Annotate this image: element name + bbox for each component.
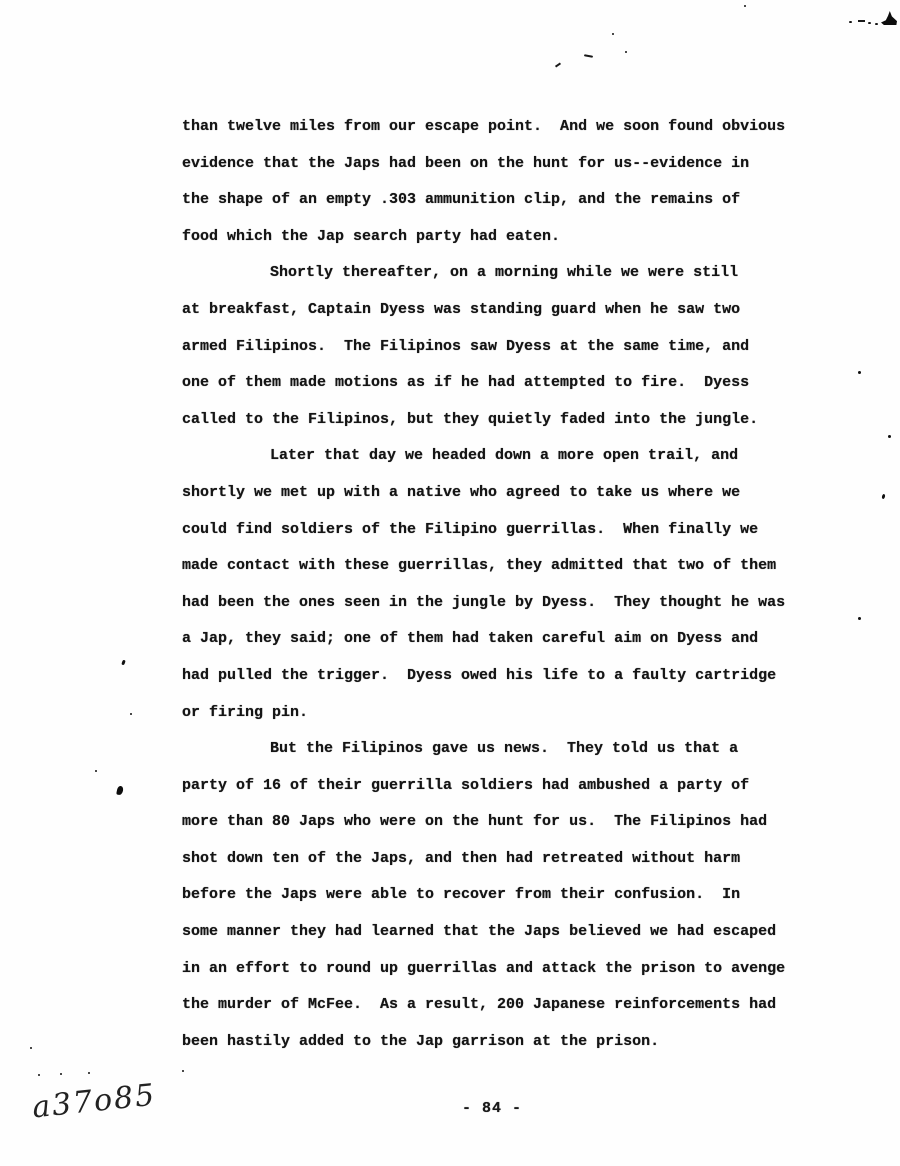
scan-speck: [38, 1074, 40, 1076]
scan-speck: [744, 5, 746, 7]
text-line: one of them made motions as if he had at…: [182, 365, 842, 402]
handwritten-archive-number: a37o85: [31, 1078, 158, 1126]
scan-blob: [881, 11, 897, 25]
scan-speck: [625, 51, 627, 53]
scan-speck: [88, 1072, 90, 1074]
text-line: the shape of an empty .303 ammunition cl…: [182, 182, 842, 219]
scanned-document-page: than twelve miles from our escape point.…: [0, 0, 900, 1166]
text-line: armed Filipinos. The Filipinos saw Dyess…: [182, 329, 842, 366]
text-line: had been the ones seen in the jungle by …: [182, 585, 842, 622]
text-line: But the Filipinos gave us news. They tol…: [182, 731, 842, 768]
scan-speck: [60, 1073, 62, 1075]
text-line: Shortly thereafter, on a morning while w…: [182, 255, 842, 292]
scan-speck: [888, 435, 891, 438]
scan-speck: [555, 62, 561, 67]
scan-speck: [116, 785, 124, 795]
text-line: party of 16 of their guerrilla soldiers …: [182, 768, 842, 805]
text-line: a Jap, they said; one of them had taken …: [182, 621, 842, 658]
scan-speck: [858, 20, 865, 22]
text-line: evidence that the Japs had been on the h…: [182, 146, 842, 183]
text-line: shortly we met up with a native who agre…: [182, 475, 842, 512]
scan-speck: [858, 371, 861, 374]
scan-speck: [121, 660, 126, 666]
scan-speck: [858, 617, 861, 620]
text-line: could find soldiers of the Filipino guer…: [182, 512, 842, 549]
scan-speck: [95, 770, 97, 772]
text-line: at breakfast, Captain Dyess was standing…: [182, 292, 842, 329]
scan-speck: [868, 22, 871, 24]
text-line: in an effort to round up guerrillas and …: [182, 951, 842, 988]
scan-speck: [584, 54, 593, 58]
scan-speck: [875, 23, 878, 25]
document-body: than twelve miles from our escape point.…: [182, 109, 842, 1060]
text-line: made contact with these guerrillas, they…: [182, 548, 842, 585]
scan-speck: [30, 1047, 32, 1049]
text-line: food which the Jap search party had eate…: [182, 219, 842, 256]
text-line: more than 80 Japs who were on the hunt f…: [182, 804, 842, 841]
scan-speck: [612, 33, 614, 35]
scan-speck: [182, 1070, 184, 1072]
scan-speck: [849, 21, 852, 23]
text-line: shot down ten of the Japs, and then had …: [182, 841, 842, 878]
text-line: called to the Filipinos, but they quietl…: [182, 402, 842, 439]
text-line: some manner they had learned that the Ja…: [182, 914, 842, 951]
text-line: before the Japs were able to recover fro…: [182, 877, 842, 914]
scan-speck: [881, 494, 885, 500]
text-line: or firing pin.: [182, 695, 842, 732]
text-line: had pulled the trigger. Dyess owed his l…: [182, 658, 842, 695]
page-number: - 84 -: [462, 1100, 522, 1117]
text-line: been hastily added to the Jap garrison a…: [182, 1024, 842, 1061]
text-line: than twelve miles from our escape point.…: [182, 109, 842, 146]
scan-speck: [130, 713, 132, 715]
text-line: Later that day we headed down a more ope…: [182, 438, 842, 475]
text-line: the murder of McFee. As a result, 200 Ja…: [182, 987, 842, 1024]
